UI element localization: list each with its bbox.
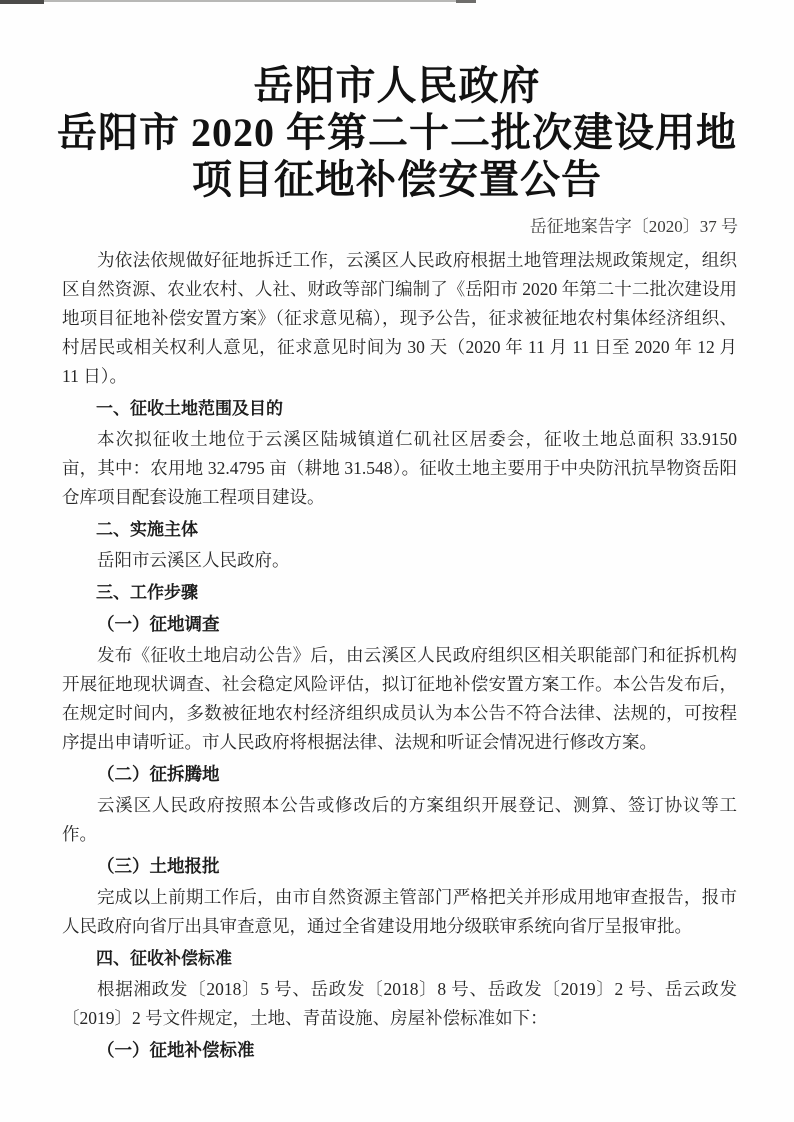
document-page: 岳阳市人民政府 岳阳市 2020 年第二十二批次建设用地 项目征地补偿安置公告 …	[0, 0, 794, 1122]
body-paragraph: 岳阳市云溪区人民政府。	[62, 546, 737, 575]
subsection-heading-3-3: （三）土地报批	[62, 852, 737, 881]
document-number: 岳征地案告字〔2020〕37 号	[0, 212, 794, 237]
body-paragraph: 云溪区人民政府按照本公告或修改后的方案组织开展登记、测算、签订协议等工作。	[62, 791, 737, 849]
scan-artifact-top-line	[0, 0, 474, 2]
document-body: 为依法依规做好征地拆迁工作，云溪区人民政府根据土地管理法规政策规定，组织区自然资…	[0, 237, 794, 1065]
subsection-heading-4-1: （一）征地补偿标准	[62, 1036, 737, 1065]
subsection-heading-3-2: （二）征拆腾地	[62, 760, 737, 789]
section-heading-4: 四、征收补偿标准	[62, 944, 737, 973]
title-line-3: 项目征地补偿安置公告	[0, 156, 794, 203]
subsection-heading-3-1: （一）征地调查	[62, 610, 737, 639]
title-line-1: 岳阳市人民政府	[0, 62, 794, 109]
title-line-2: 岳阳市 2020 年第二十二批次建设用地	[0, 109, 794, 156]
scan-artifact-top-left	[0, 0, 44, 4]
section-heading-2: 二、实施主体	[62, 515, 737, 544]
body-paragraph: 完成以上前期工作后，由市自然资源主管部门严格把关并形成用地审查报告，报市人民政府…	[62, 883, 737, 941]
scan-artifact-top-dash	[456, 0, 476, 3]
document-title: 岳阳市人民政府 岳阳市 2020 年第二十二批次建设用地 项目征地补偿安置公告	[0, 0, 794, 203]
section-heading-3: 三、工作步骤	[62, 578, 737, 607]
section-heading-1: 一、征收土地范围及目的	[62, 394, 737, 423]
body-paragraph: 本次拟征收土地位于云溪区陆城镇道仁矶社区居委会，征收土地总面积 33.9150 …	[62, 425, 737, 512]
body-paragraph: 根据湘政发〔2018〕5 号、岳政发〔2018〕8 号、岳政发〔2019〕2 号…	[62, 975, 737, 1033]
body-paragraph: 为依法依规做好征地拆迁工作，云溪区人民政府根据土地管理法规政策规定，组织区自然资…	[62, 246, 737, 391]
body-paragraph: 发布《征收土地启动公告》后，由云溪区人民政府组织区相关职能部门和征拆机构开展征地…	[62, 641, 737, 757]
